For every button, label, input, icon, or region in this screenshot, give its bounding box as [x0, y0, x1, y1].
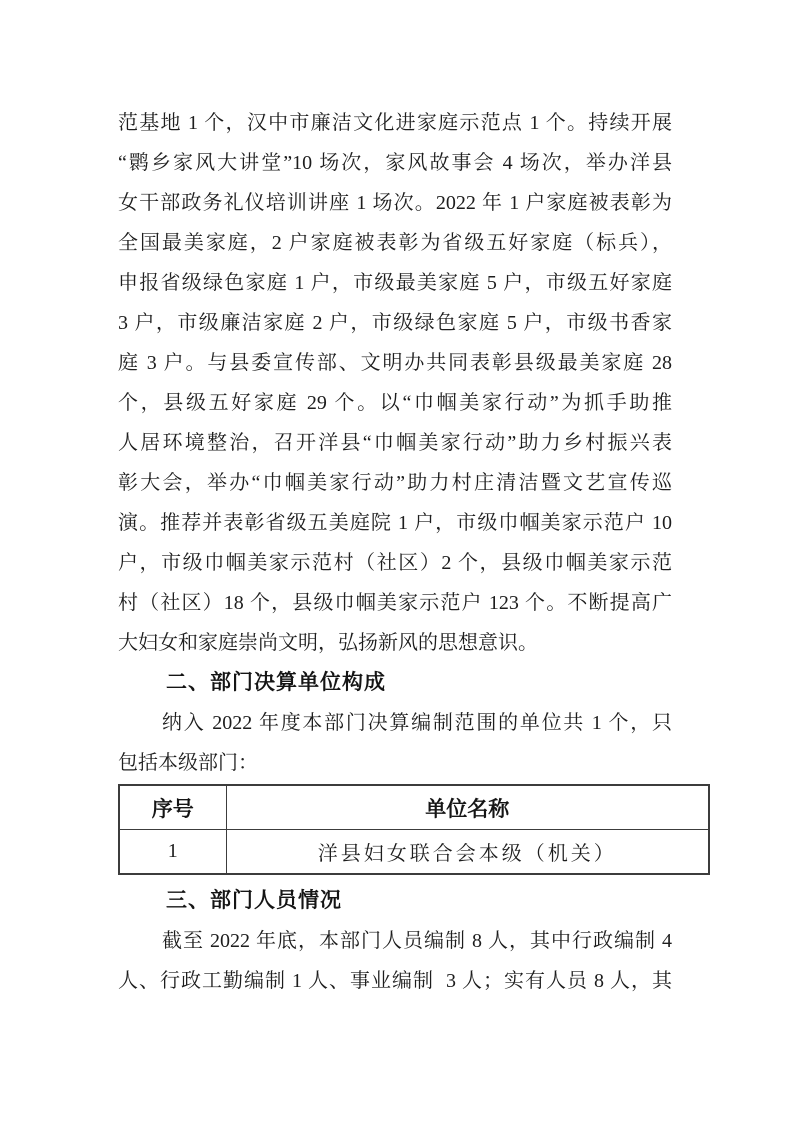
paragraph-personnel: 截至 2022 年底，本部门人员编制 8 人，其中行政编制 4 人、行政工勤编制…	[118, 921, 672, 1001]
column-header-序号: 序号	[119, 785, 226, 830]
paragraph-line: 庭 3 户。与县委宣传部、文明办共同表彰县级最美家庭 28	[118, 343, 672, 383]
paragraph-line: 户，市级巾帼美家示范村（社区）2 个，县级巾帼美家示范	[118, 543, 672, 583]
table-header-row: 序号 单位名称	[119, 785, 709, 830]
paragraph-line: 范基地 1 个，汉中市廉洁文化进家庭示范点 1 个。持续开展	[118, 103, 672, 143]
paragraph-line: 大妇女和家庭崇尚文明，弘扬新风的思想意识。	[118, 623, 672, 663]
paragraph-line: 村（社区）18 个，县级巾帼美家示范户 123 个。不断提高广	[118, 583, 672, 623]
paragraph-work-summary: 范基地 1 个，汉中市廉洁文化进家庭示范点 1 个。持续开展 “鹮乡家风大讲堂”…	[118, 103, 672, 663]
paragraph-line: 3 户，市级廉洁家庭 2 户，市级绿色家庭 5 户，市级书香家	[118, 303, 672, 343]
paragraph-line: 女干部政务礼仪培训讲座 1 场次。2022 年 1 户家庭被表彰为	[118, 183, 672, 223]
paragraph-line: 演。推荐并表彰省级五美庭院 1 户，市级巾帼美家示范户 10	[118, 503, 672, 543]
paragraph-unit-composition: 纳入 2022 年度本部门决算编制范围的单位共 1 个，只 包括本级部门：	[118, 703, 672, 783]
paragraph-line: 人居环境整治，召开洋县“巾帼美家行动”助力乡村振兴表	[118, 423, 672, 463]
cell-unit-name: 洋县妇女联合会本级（机关）	[226, 830, 709, 875]
column-header-单位名称: 单位名称	[226, 785, 709, 830]
paragraph-line: 个，县级五好家庭 29 个。以“巾帼美家行动”为抓手助推	[118, 383, 672, 423]
paragraph-line: 截至 2022 年底，本部门人员编制 8 人，其中行政编制 4	[118, 921, 672, 961]
paragraph-line: 申报省级绿色家庭 1 户，市级最美家庭 5 户，市级五好家庭	[118, 263, 672, 303]
unit-list-table: 序号 单位名称 1 洋县妇女联合会本级（机关）	[118, 784, 710, 875]
paragraph-line: 包括本级部门：	[118, 743, 672, 783]
document-page: 范基地 1 个，汉中市廉洁文化进家庭示范点 1 个。持续开展 “鹮乡家风大讲堂”…	[0, 0, 793, 1122]
paragraph-line: “鹮乡家风大讲堂”10 场次，家风故事会 4 场次，举办洋县	[118, 143, 672, 183]
paragraph-line: 全国最美家庭，2 户家庭被表彰为省级五好家庭（标兵），	[118, 223, 672, 263]
table-row: 1 洋县妇女联合会本级（机关）	[119, 830, 709, 875]
page-content-area: 范基地 1 个，汉中市廉洁文化进家庭示范点 1 个。持续开展 “鹮乡家风大讲堂”…	[118, 103, 672, 1001]
section-heading-personnel: 三、部门人员情况	[118, 881, 672, 921]
paragraph-line: 人、行政工勤编制 1 人、事业编制 3 人；实有人员 8 人，其	[118, 961, 672, 1001]
paragraph-line: 彰大会，举办“巾帼美家行动”助力村庄清洁暨文艺宣传巡	[118, 463, 672, 503]
section-heading-unit-composition: 二、部门决算单位构成	[118, 663, 672, 703]
paragraph-line: 纳入 2022 年度本部门决算编制范围的单位共 1 个，只	[118, 703, 672, 743]
cell-serial-number: 1	[119, 830, 226, 875]
